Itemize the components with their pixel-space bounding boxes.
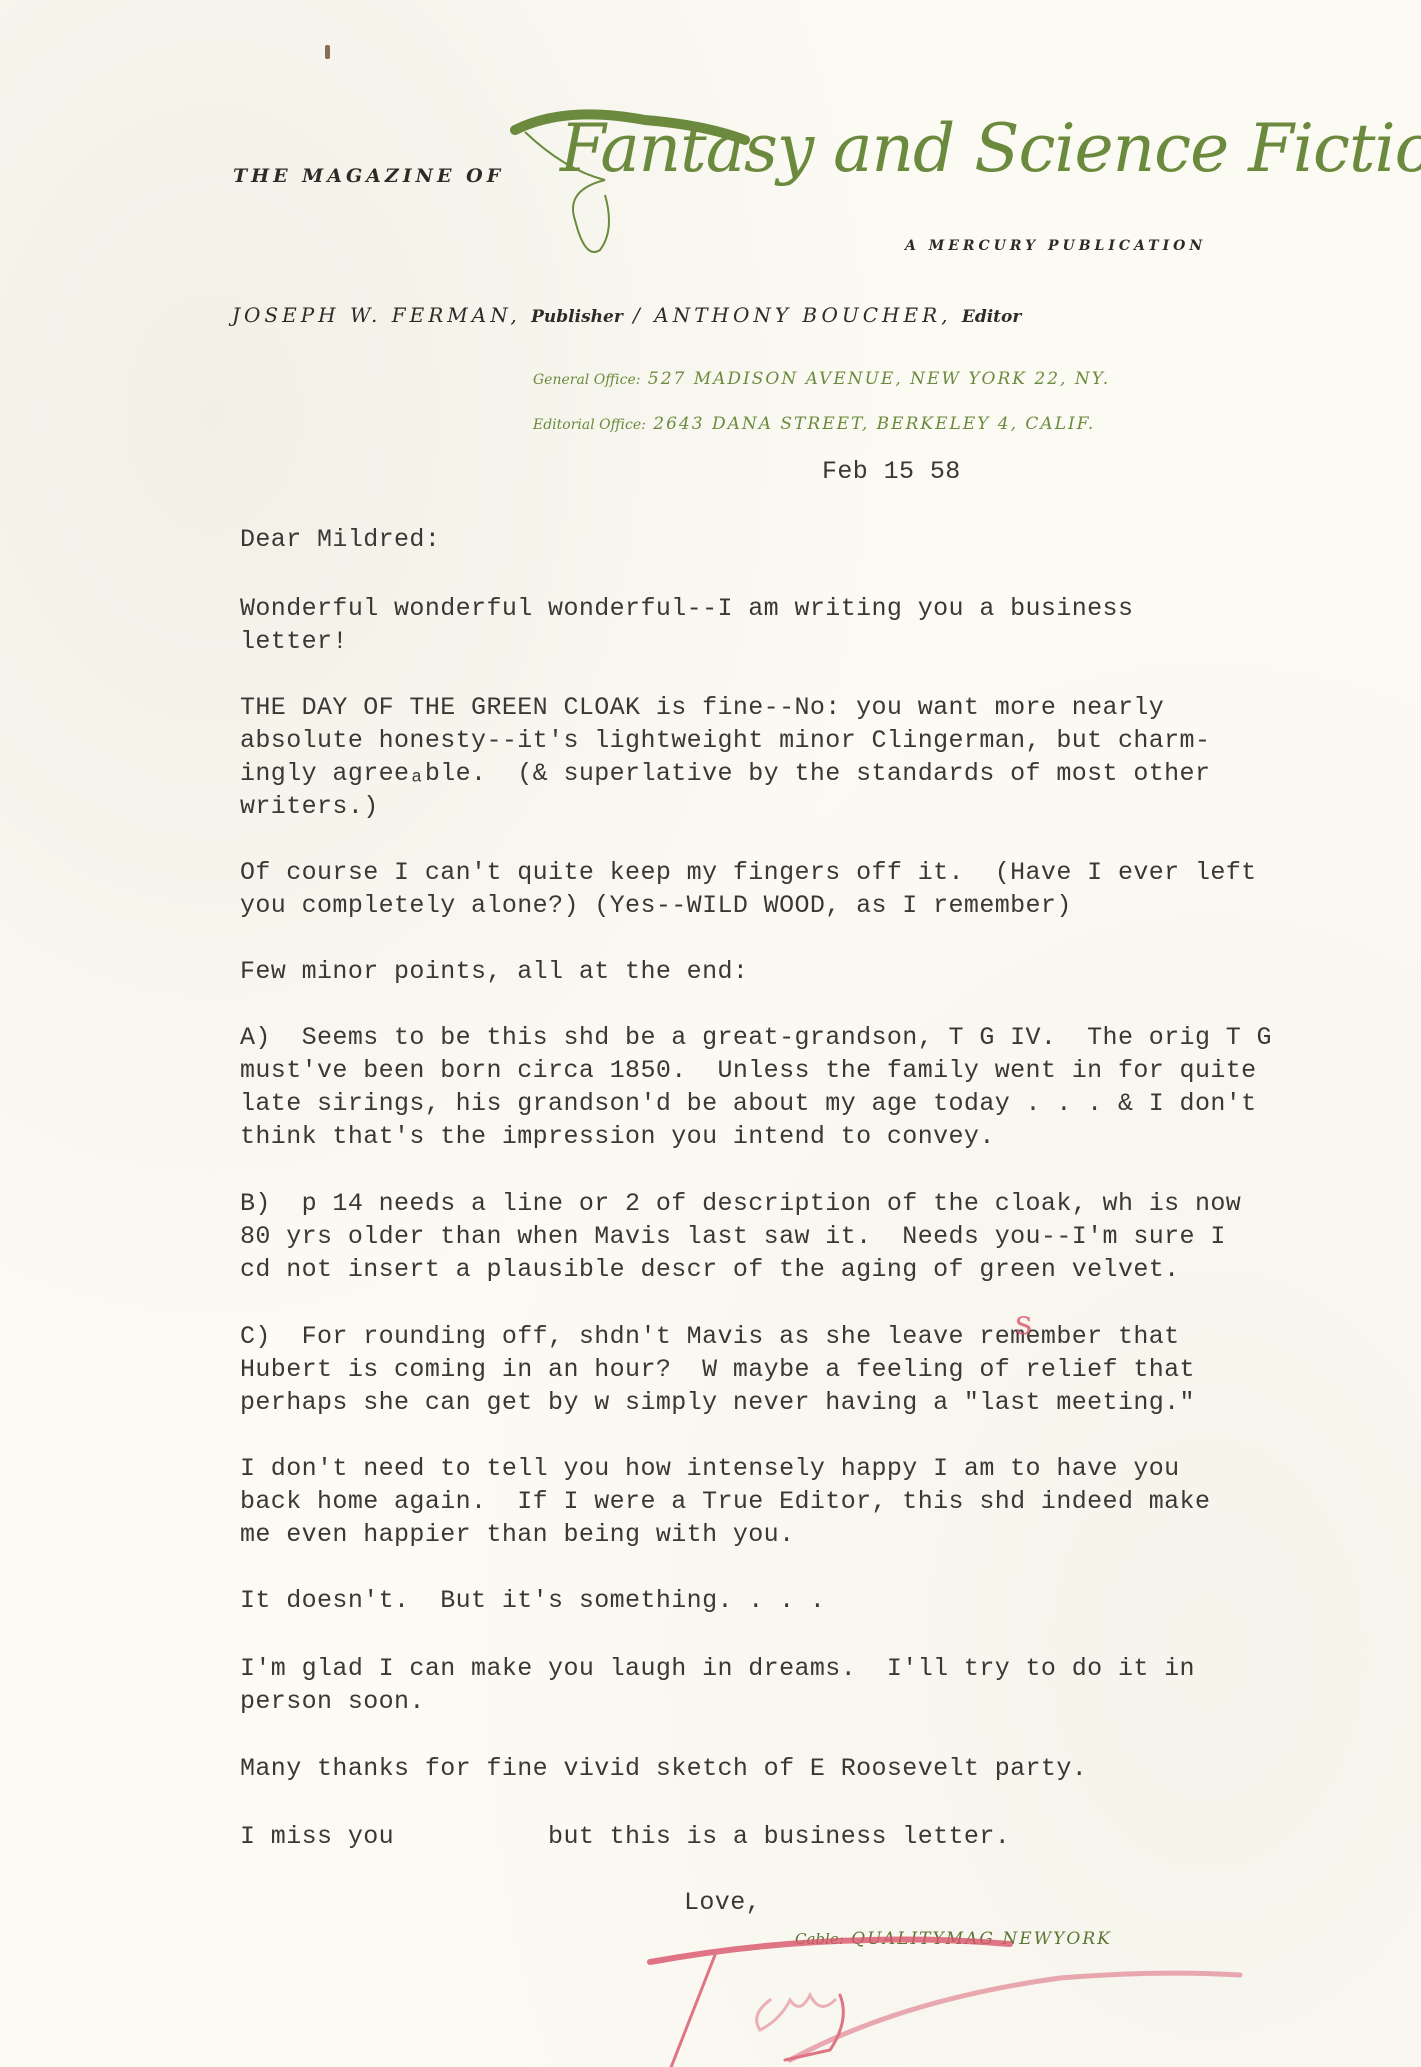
- imprint-line: A MERCURY PUBLICATION: [905, 238, 1206, 254]
- point-b: B) p 14 needs a line or 2 of description…: [240, 1187, 1241, 1286]
- paragraph-edits: Of course I can't quite keep my fingers …: [240, 856, 1257, 922]
- publisher-name: JOSEPH W. FERMAN,: [232, 303, 521, 327]
- salutation: Dear Mildred:: [240, 523, 440, 556]
- editorial-office-label: Editorial Office:: [533, 417, 646, 433]
- staff-separator: /: [623, 303, 654, 327]
- paragraph-miss-you: I miss you but this is a business letter…: [240, 1820, 1010, 1853]
- letter-date: Feb 15 58: [822, 455, 961, 488]
- paragraph-thanks: Many thanks for fine vivid sketch of E R…: [240, 1752, 1087, 1785]
- editorial-office-address: 2643 DANA STREET, BERKELEY 4, CALIF.: [653, 414, 1095, 434]
- general-office-address: 527 MADISON AVENUE, NEW YORK 22, NY.: [648, 369, 1110, 389]
- editor-role: Editor: [962, 307, 1021, 327]
- editor-name: ANTHONY BOUCHER,: [654, 303, 951, 327]
- paragraph-dreams: I'm glad I can make you laugh in dreams.…: [240, 1652, 1195, 1718]
- staff-line: JOSEPH W. FERMAN, Publisher / ANTHONY BO…: [232, 303, 1021, 327]
- point-a: A) Seems to be this shd be a great-grand…: [240, 1021, 1272, 1153]
- closing: Love,: [684, 1886, 761, 1919]
- letterhead-prefix: THE MAGAZINE OF: [233, 165, 504, 187]
- publisher-role: Publisher: [531, 307, 623, 327]
- cable-address: Cable: QUALITYMAG NEWYORK: [795, 1929, 1112, 1949]
- paragraph-story-verdict: THE DAY OF THE GREEN CLOAK is fine--No: …: [240, 691, 1210, 823]
- general-office: General Office: 527 MADISON AVENUE, NEW …: [533, 369, 1110, 389]
- paper-blemish: [325, 45, 330, 59]
- paragraph-doesnt: It doesn't. But it's something. . . .: [240, 1584, 825, 1617]
- cable-value: QUALITYMAG NEWYORK: [851, 1929, 1112, 1949]
- handwritten-correction: s: [1015, 1303, 1032, 1343]
- point-c: C) For rounding off, shdn't Mavis as she…: [240, 1320, 1195, 1419]
- cable-label: Cable:: [795, 1930, 844, 1948]
- paragraph-happy: I don't need to tell you how intensely h…: [240, 1452, 1210, 1551]
- magazine-title: Fantasy and Science Fiction: [560, 110, 1421, 187]
- paragraph-opening: Wonderful wonderful wonderful--I am writ…: [240, 592, 1133, 658]
- paragraph-minor-points: Few minor points, all at the end:: [240, 955, 748, 988]
- general-office-label: General Office:: [533, 372, 640, 388]
- editorial-office: Editorial Office: 2643 DANA STREET, BERK…: [533, 414, 1095, 434]
